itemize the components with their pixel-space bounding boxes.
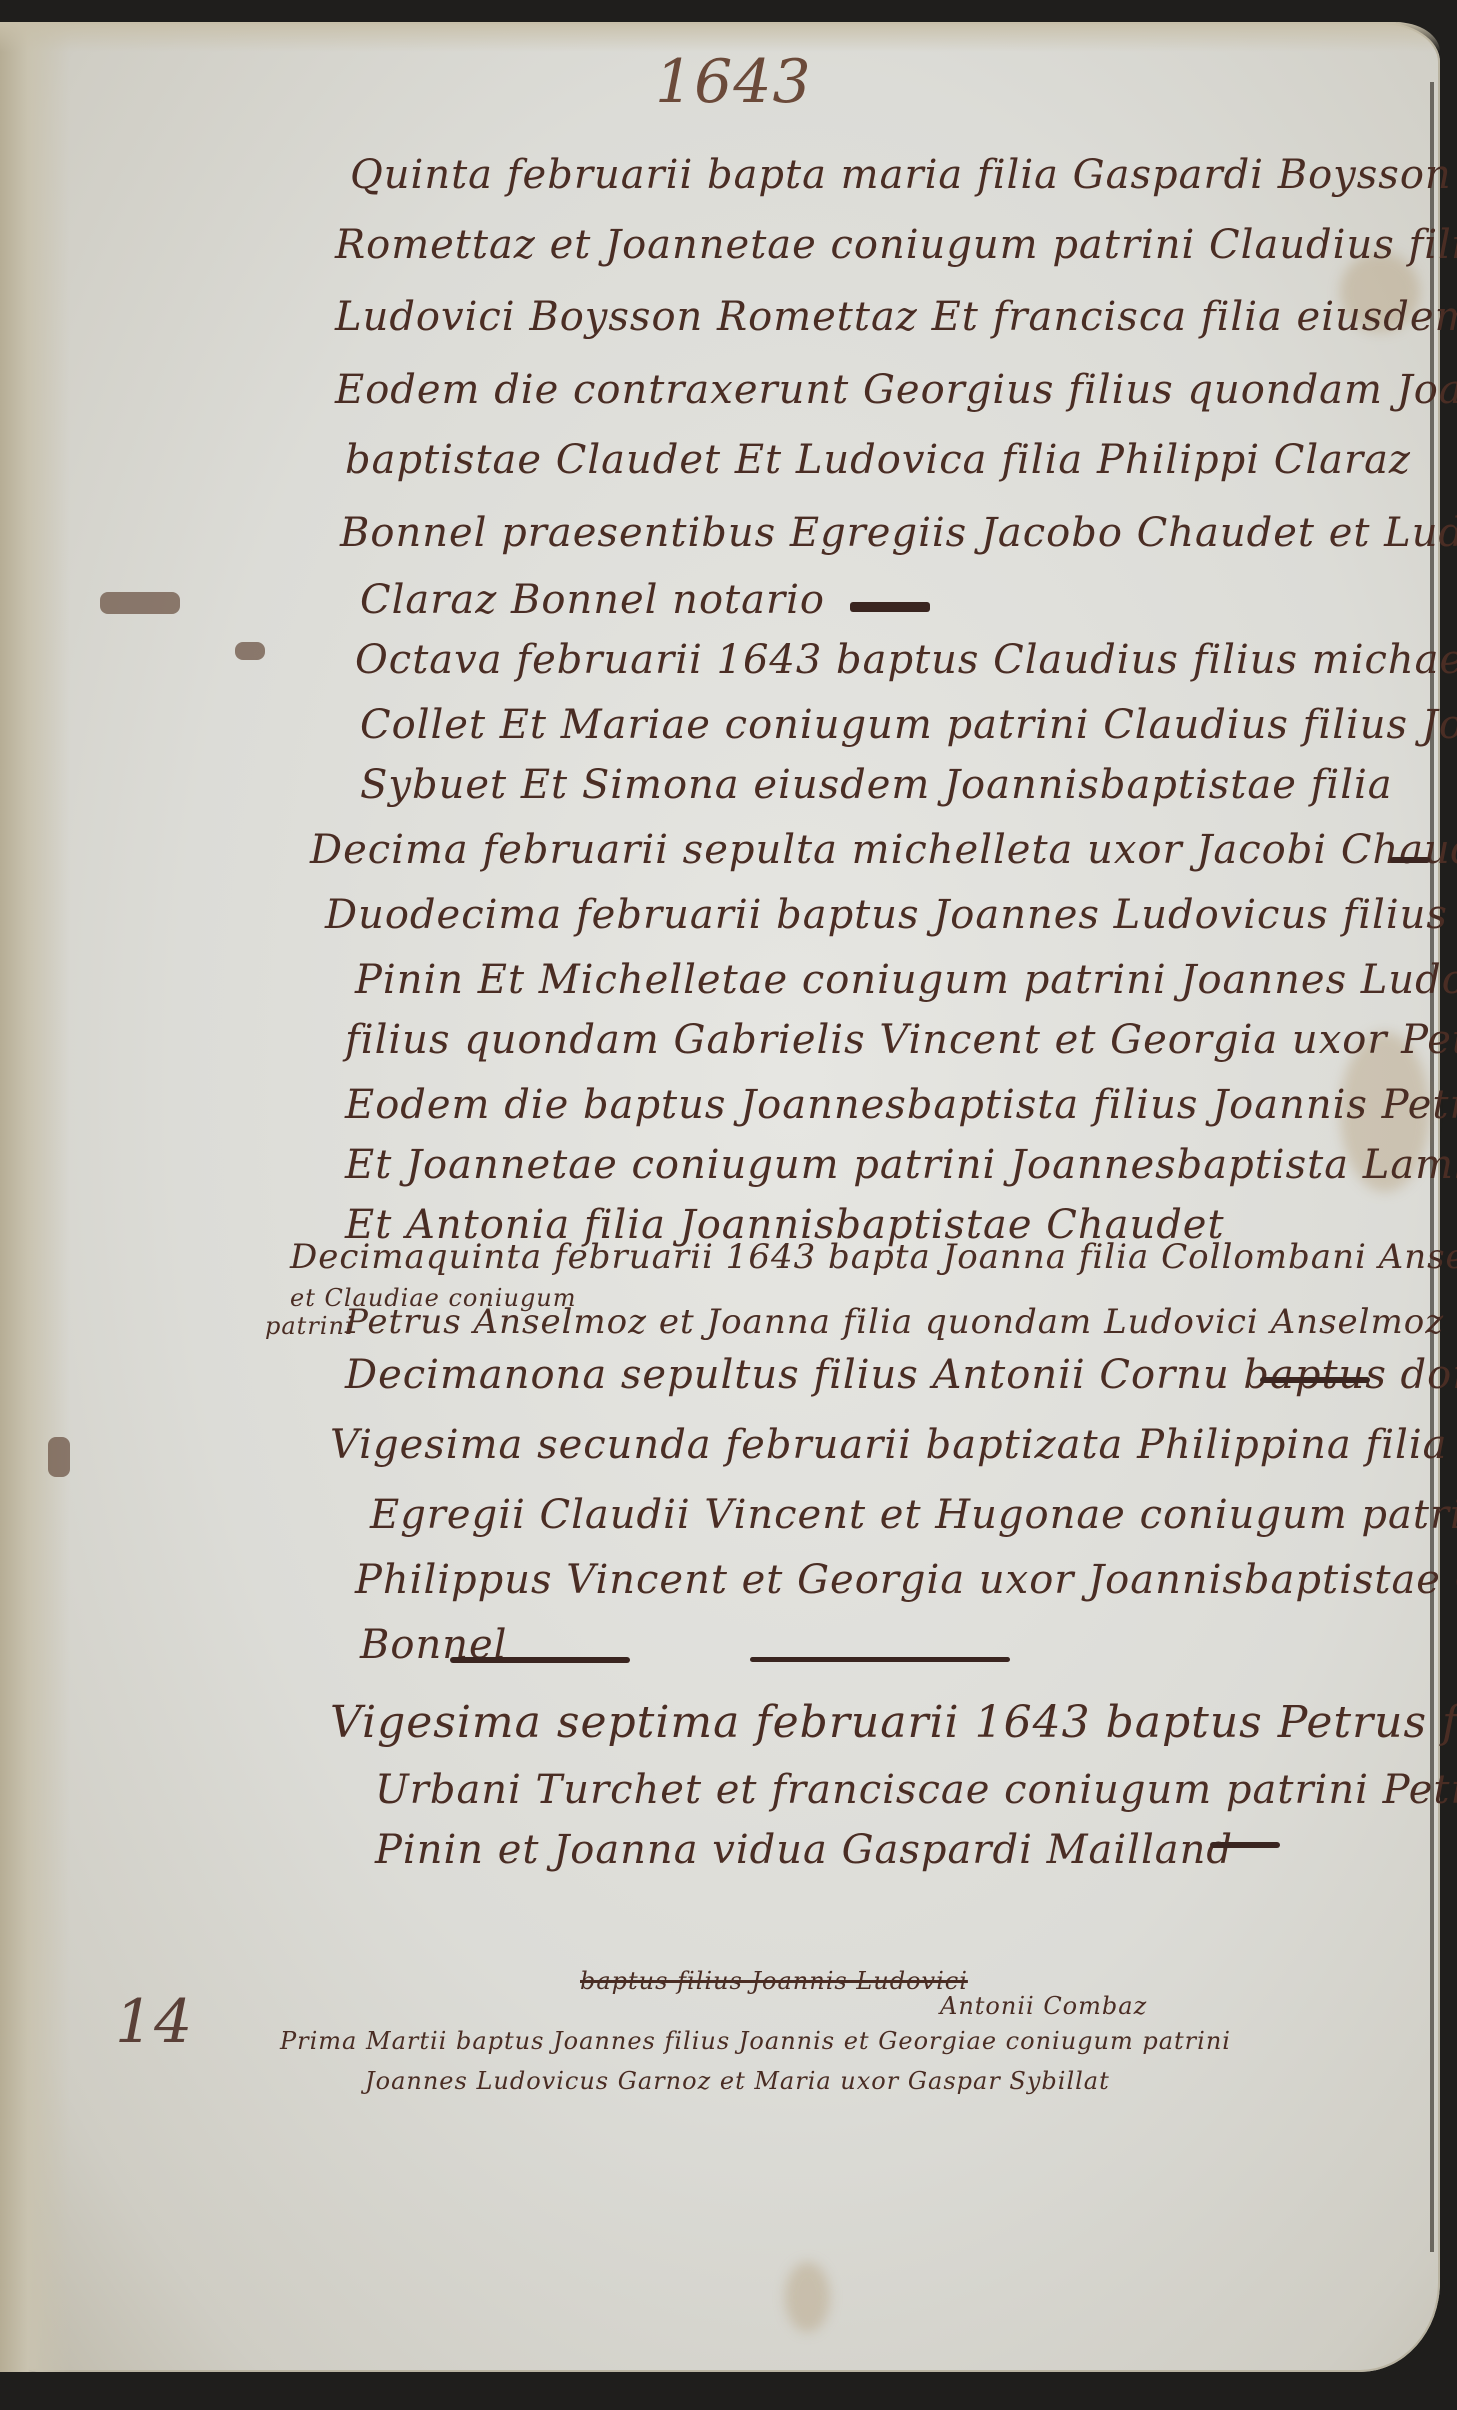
entry-line: Pinin et Joanna vidua Gaspardi Mailland: [375, 1827, 1233, 1873]
line-filler-dash: [850, 602, 930, 612]
entry-line: Claraz Bonnel notario: [360, 577, 825, 623]
entry-line: Prima Martii baptus Joannes filius Joann…: [280, 2027, 1231, 2055]
entry-line: Sybuet Et Simona eiusdem Joannisbaptista…: [360, 762, 1393, 808]
entry-line: Decima februarii sepulta michelleta uxor…: [310, 827, 1457, 873]
ink-blot: [235, 642, 265, 660]
entry-line: Collet Et Mariae coniugum patrini Claudi…: [360, 702, 1457, 748]
year-heading: 1643: [655, 47, 812, 117]
entry-line: Petrus Anselmoz et Joanna filia quondam …: [345, 1302, 1444, 1342]
line-filler-dash: [450, 1657, 630, 1663]
ink-blot: [48, 1437, 70, 1477]
line-filler-dash: [1210, 1842, 1280, 1848]
entry-line: Decimaquinta februarii 1643 bapta Joanna…: [290, 1237, 1457, 1277]
line-filler-dash: [1390, 857, 1430, 863]
ink-blot: [100, 592, 180, 614]
entry-line: Ludovici Boysson Romettaz Et francisca f…: [335, 294, 1457, 340]
margin-note: patrini: [265, 1312, 354, 1340]
entry-line: Duodecima februarii baptus Joannes Ludov…: [325, 892, 1457, 938]
entry-line: Bonnel praesentibus Egregiis Jacobo Chau…: [340, 510, 1457, 556]
entry-line: Romettaz et Joannetae coniugum patrini C…: [335, 222, 1457, 268]
entry-line: Eodem die contraxerunt Georgius filius q…: [335, 367, 1457, 413]
insertion: Antonii Combaz: [940, 1992, 1147, 2020]
entry-line: Joannes Ludovicus Garnoz et Maria uxor G…: [365, 2067, 1110, 2095]
stain: [785, 2262, 830, 2332]
entry-line: Urbani Turchet et franciscae coniugum pa…: [375, 1767, 1457, 1813]
entry-line: Egregii Claudii Vincent et Hugonae coniu…: [370, 1492, 1457, 1538]
margin-number: 14: [115, 1987, 193, 2057]
entry-line: Decimanona sepultus filius Antonii Cornu…: [345, 1352, 1457, 1398]
entry-line: Vigesima septima februarii 1643 baptus P…: [330, 1697, 1457, 1748]
line-filler-dash: [1260, 1377, 1370, 1383]
entry-line: filius quondam Gabrielis Vincent et Geor…: [345, 1017, 1457, 1063]
entry-line: Vigesima secunda februarii baptizata Phi…: [330, 1422, 1448, 1468]
entry-line: Philippus Vincent et Georgia uxor Joanni…: [355, 1557, 1457, 1603]
entry-line: Pinin Et Michelletae coniugum patrini Jo…: [355, 957, 1457, 1003]
manuscript-page: 1643 Quinta februarii bapta maria filia …: [0, 22, 1440, 2372]
entry-line: Et Joannetae coniugum patrini Joannesbap…: [345, 1142, 1457, 1188]
entry-line: Eodem die baptus Joannesbaptista filius …: [345, 1082, 1457, 1128]
entry-line: Octava februarii 1643 baptus Claudius fi…: [355, 637, 1457, 683]
entry-line: Quinta februarii bapta maria filia Gaspa…: [350, 152, 1452, 198]
struck-line: baptus filius Joannis Ludovici: [580, 1967, 968, 1995]
entry-line: baptistae Claudet Et Ludovica filia Phil…: [345, 437, 1411, 483]
line-filler-dash: [750, 1657, 1010, 1662]
